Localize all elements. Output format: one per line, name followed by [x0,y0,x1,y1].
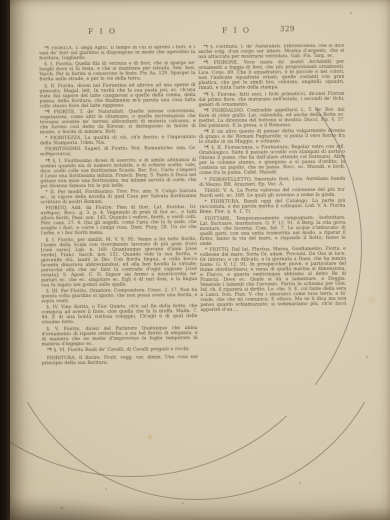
entry-paragraph: *¶ §. II. Fiorescenza, o Fiorinatura; Re… [199,145,345,176]
book-page: F I O F I O 329 *¶ FIORITA, T. degli Agr… [10,0,390,520]
entry-paragraph: *¶ FIORONE. Voce usata da' nostri Archit… [198,60,344,91]
text-column-left: *¶ FIORITA, T. degli Agric. Il tempo in … [39,45,198,418]
running-head-left: F I O [88,27,117,36]
entry-paragraph: §. I. Fiorito, per similit. M. V. 9. 95.… [41,237,197,288]
book-scan: F I O F I O 329 *¶ FIORITA, T. degli Agr… [0,0,390,520]
entry-paragraph: §. III. Per Fiorito, Ornatore, Componito… [41,288,197,304]
entry-paragraph: §. II. Fiorita, dicesi nel Fiorentino ed… [39,83,195,109]
entry-paragraph: *¶ §. VI. Fiorita Reali de' Cavalli, di … [42,347,198,353]
entry-paragraph: *¶ FIORDALISO. Contradde appellarsi L. T… [199,108,345,129]
text-column-right: *¶ §. Fioritura, T. de' Naturalisti. Eff… [198,44,347,417]
entry-paragraph: *¶ FIORITE, T. de' Naturalisti. Quelle i… [40,109,196,135]
entry-paragraph: * II. Per modif. Fioritissimo. Trov. Pro… [40,189,196,205]
entry-paragraph: FIOTTARE, Temporaneamente rampognare; bo… [200,215,346,246]
page-number: 329 [280,25,295,33]
entry-paragraph: §. IV. Vino fiorito, o Fior Quieto, ch'è… [41,304,197,325]
entry-paragraph: * FIOTTO, Dal lat. Fluctus, Marea, Gonfi… [200,247,347,313]
entry-paragraph: TIASO, V. A. La Porta valorosa del colon… [199,188,345,199]
entry-paragraph: * FIORITURA, Bandi oggi del Catalogo. La… [199,199,345,215]
running-head-right: F I O [222,26,251,35]
entry-paragraph: FIORITURA, Il fiorire. Frutt. vegg. var.… [42,355,198,366]
entry-paragraph: *¶ E un altro questo di pensar detta vol… [199,129,345,145]
entry-paragraph: *¶ FIORITA, T. degli Agric. Il tempo in … [39,45,195,61]
entry-paragraph: *¶ §. Fioritura, T. de' Naturalisti. Eff… [198,44,344,60]
entry-paragraph: *¶ §. I. Fioritissimo dicesi di esercito… [40,158,196,189]
page-sheet: F I O F I O 329 *¶ FIORITA, T. degli Agr… [8,0,390,520]
entry-paragraph: *¶ §. Fiorone; fatti suoi, i fichi prima… [199,91,345,107]
entry-paragraph: §. I. Fiorita. Quella fila di verzura e … [39,61,195,82]
entry-paragraph: * FIORITEZZA, La qualità di ciò, ch'è fi… [40,135,196,146]
entry-paragraph: FIORITO, Add. da Fiorire. Pien di fiori.… [41,205,197,236]
entry-paragraph: §. V. Fiorito, dicesi del Parlatore Qual… [42,326,198,347]
entry-paragraph: * FIORAVELLETTO, Smorzato fiori, Lira; A… [199,177,345,188]
entry-paragraph: FIORITISSIMO. Superl. di Fiorito. Not. R… [40,147,196,158]
